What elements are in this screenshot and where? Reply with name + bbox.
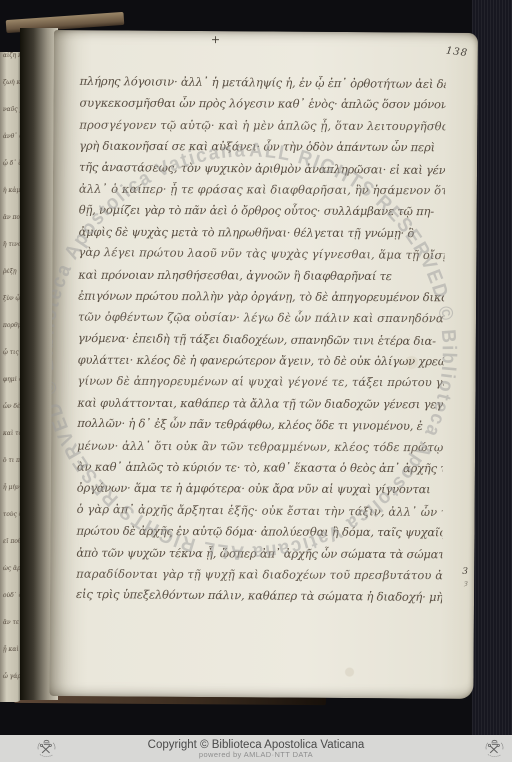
manuscript-line: πλήρης λόγοισιν· ἀλλ᾽ ἡ μετάληψίς ἡ, ἐν … xyxy=(80,74,446,99)
facing-page-line-fragment: ὧν δὲ xyxy=(0,403,22,430)
manuscript-line: καὶ φυλάττονται, καθάπερ τὰ ἄλλα τῇ τῶν … xyxy=(77,396,443,419)
manuscript-line: ἀπὸ τῶν ψυχῶν τέκνα ᾖ, ὥσπερ ἀπ᾽ ἀρχῆς ὧ… xyxy=(76,545,442,568)
facing-page-line-fragment: τοὺς δὲ xyxy=(0,511,22,538)
manuscript-line: πολλῶν· ἡ δ᾽ ἐξ ὧν πᾶν τεθράφθω, κλέος ὅ… xyxy=(77,416,443,441)
facing-page-line-fragment: ἀνθ᾽ ὧν κἄ xyxy=(0,133,22,160)
manuscript-line: τῆς ἀναστάσεως, τὸν ψυχικὸν ἀριθμὸν ἀναπ… xyxy=(79,159,445,184)
manuscript-line: εἰς τρὶς ὑπεξελθόντων πάλιν, καθάπερ τὰ … xyxy=(76,587,442,612)
manuscript-line: μένων· ἀλλ᾽ ὅτι οὐκ ἂν τῶν τεθραμμένων, … xyxy=(77,438,443,461)
manuscript-line: προσγέγονεν τῷ αὐτῷ· καὶ ἡ μὲν ἁπλῶς ᾖ, … xyxy=(79,117,445,140)
facing-page-line-fragment: ὅ τι περ xyxy=(0,457,22,484)
facing-page-line-fragment: ξὺν ᾧ xyxy=(0,295,22,322)
facing-page-line-fragment: ἦ μὴν xyxy=(0,484,22,511)
facing-page-sliver: αἰζη κηγήζωὴ κἂν ᾗξναῦς χρηστἀνθ᾽ ὧν κἄᾧ… xyxy=(0,52,22,702)
manuscript-line: παραδίδονται γὰρ τῇ ψυχῇ καὶ διαδοχέων τ… xyxy=(76,567,442,590)
manuscript-photo-viewer: αἰζη κηγήζωὴ κἂν ᾗξναῦς χρηστἀνθ᾽ ὧν κἄᾧ… xyxy=(0,0,512,762)
vatican-library-emblem-icon xyxy=(484,738,505,759)
folio-number: 138 xyxy=(445,45,468,59)
manuscript-line: ὰν καθ᾽ ἁπλῶς τὸ κύριόν τε· τὸ, καθ᾽ ἕκα… xyxy=(77,460,443,483)
manuscript-line: πρώτου δὲ ἀρχῆς ἐν αὐτῷ δόμα· ἀπολύεσθαι… xyxy=(76,524,442,547)
manuscript-line: γνόμενα· ἐπειδὴ τῇ τάξει διαδοχέων, σπαν… xyxy=(78,331,444,356)
facing-page-line-fragment: ᾧ δ᾽ ἂν ναῷ xyxy=(0,160,22,187)
facing-page-line-fragment: πορθμῷ xyxy=(0,322,22,349)
facing-page-line-fragment: ἄν τε xyxy=(0,619,22,646)
manuscript-line: τῶν ὀφθέντων ζῷα οὐσίαν· λέγω δὲ ὧν πάλι… xyxy=(78,310,444,333)
facing-page-line-fragment: ἡ κἀμ ᾗ xyxy=(0,187,22,214)
quire-flourish: ȝ xyxy=(464,579,468,587)
manuscript-line: ἐπιγόνων πρώτου πολλὴν γὰρ ὀργάνῃ, τὸ δὲ… xyxy=(78,289,444,312)
manuscript-line: καὶ πρόνοιαν πλησθήσεσθαι, ἀγνοῶν ἢ διαφ… xyxy=(78,267,444,290)
manuscript-text-block: πλήρης λόγοισιν· ἀλλ᾽ ἡ μετάληψίς ἡ, ἐν … xyxy=(76,74,446,611)
viewer-footer-bar: Copyright © Biblioteca Apostolica Vatica… xyxy=(0,735,512,762)
footer-powered-by: powered by AMLAD·NTT DATA xyxy=(148,751,365,759)
manuscript-line: ἀλλ᾽ ὁ καίπερ· ᾗ τε φράσας καὶ διαφθαρῆσ… xyxy=(79,182,445,205)
facing-page-line-fragment: φημὶ ὅ xyxy=(0,376,22,403)
manuscript-line: ὁ γὰρ ἀπ᾽ ἀρχῆς ἄρξηται ἑξῆς· οὐκ ἔσται … xyxy=(77,502,443,527)
facing-page-line-fragment: οὐδ᾽ ὅ xyxy=(0,592,22,619)
manuscript-line: συγκεκοσμῆσθαι ὧν πρὸς λόγεσιν καθ᾽ ἑνὸς… xyxy=(79,96,445,119)
facing-page-line-fragment: ἄν ποῖε xyxy=(0,214,22,241)
facing-page-line-fragment: ναῦς χρηστ xyxy=(0,106,22,133)
manuscript-line: φυλάττει· κλέος δὲ ἡ φανερώτερον ἄγειν, … xyxy=(78,353,444,376)
facing-page-line-fragment: ὦ γάρ xyxy=(0,673,22,700)
footer-text: Copyright © Biblioteca Apostolica Vatica… xyxy=(148,739,365,759)
vatican-library-emblem-icon xyxy=(36,738,57,759)
manuscript-page: + 138 πλήρης λόγοισιν· ἀλλ᾽ ἡ μετάληψίς … xyxy=(49,30,478,699)
quire-mark: 3 xyxy=(462,567,468,577)
manuscript-line: ἀμφὶς δὲ ψυχὰς μετὰ τὸ πληρωθῆναι· θέλγε… xyxy=(79,224,445,247)
manuscript-line: γὰρ λέγει πρώτου λαοῦ νῦν τὰς ψυχὰς γίγν… xyxy=(78,245,444,270)
facing-page-line-fragment: καὶ τἆλλ xyxy=(0,430,22,457)
book-cradle-fabric xyxy=(472,0,512,735)
facing-page-line-fragment: ὡς ἄρ᾽ xyxy=(0,565,22,592)
manuscript-line: ὀργάνων· ἅμα τε ἡ ἀμφότερα· οὐκ ἄρα νῦν … xyxy=(77,481,443,504)
manuscript-line: θῇ, νομίζει γὰρ τὸ πᾶν ἀεὶ ὁ ὄρθρος οὗτο… xyxy=(79,203,445,226)
facing-page-line-fragment: εἴ ποθ᾽ xyxy=(0,538,22,565)
top-cross-mark: + xyxy=(211,33,220,46)
facing-page-line-fragment: ζωὴ κἂν ᾗξ xyxy=(0,79,22,106)
facing-page-line-fragment: ᾧ τις ἄν xyxy=(0,349,22,376)
facing-page-line-fragment: ᾗ καὶ xyxy=(0,646,22,673)
manuscript-line: γίνων δὲ ἀπηγορευμένων αἱ ψυχαὶ γέγονέ τ… xyxy=(77,374,443,397)
facing-page-line-fragment: ἤ τινος xyxy=(0,241,22,268)
facing-page-line-fragment: αἰζη κηγή xyxy=(0,52,22,79)
manuscript-line: γρὴ διακονῆσαί σε καὶ αὐξάνει· ὧν τὴν ὁδ… xyxy=(79,139,445,162)
facing-page-line-fragment: ῥέξῃ xyxy=(0,268,22,295)
footer-copyright: Copyright © Biblioteca Apostolica Vatica… xyxy=(148,739,365,751)
